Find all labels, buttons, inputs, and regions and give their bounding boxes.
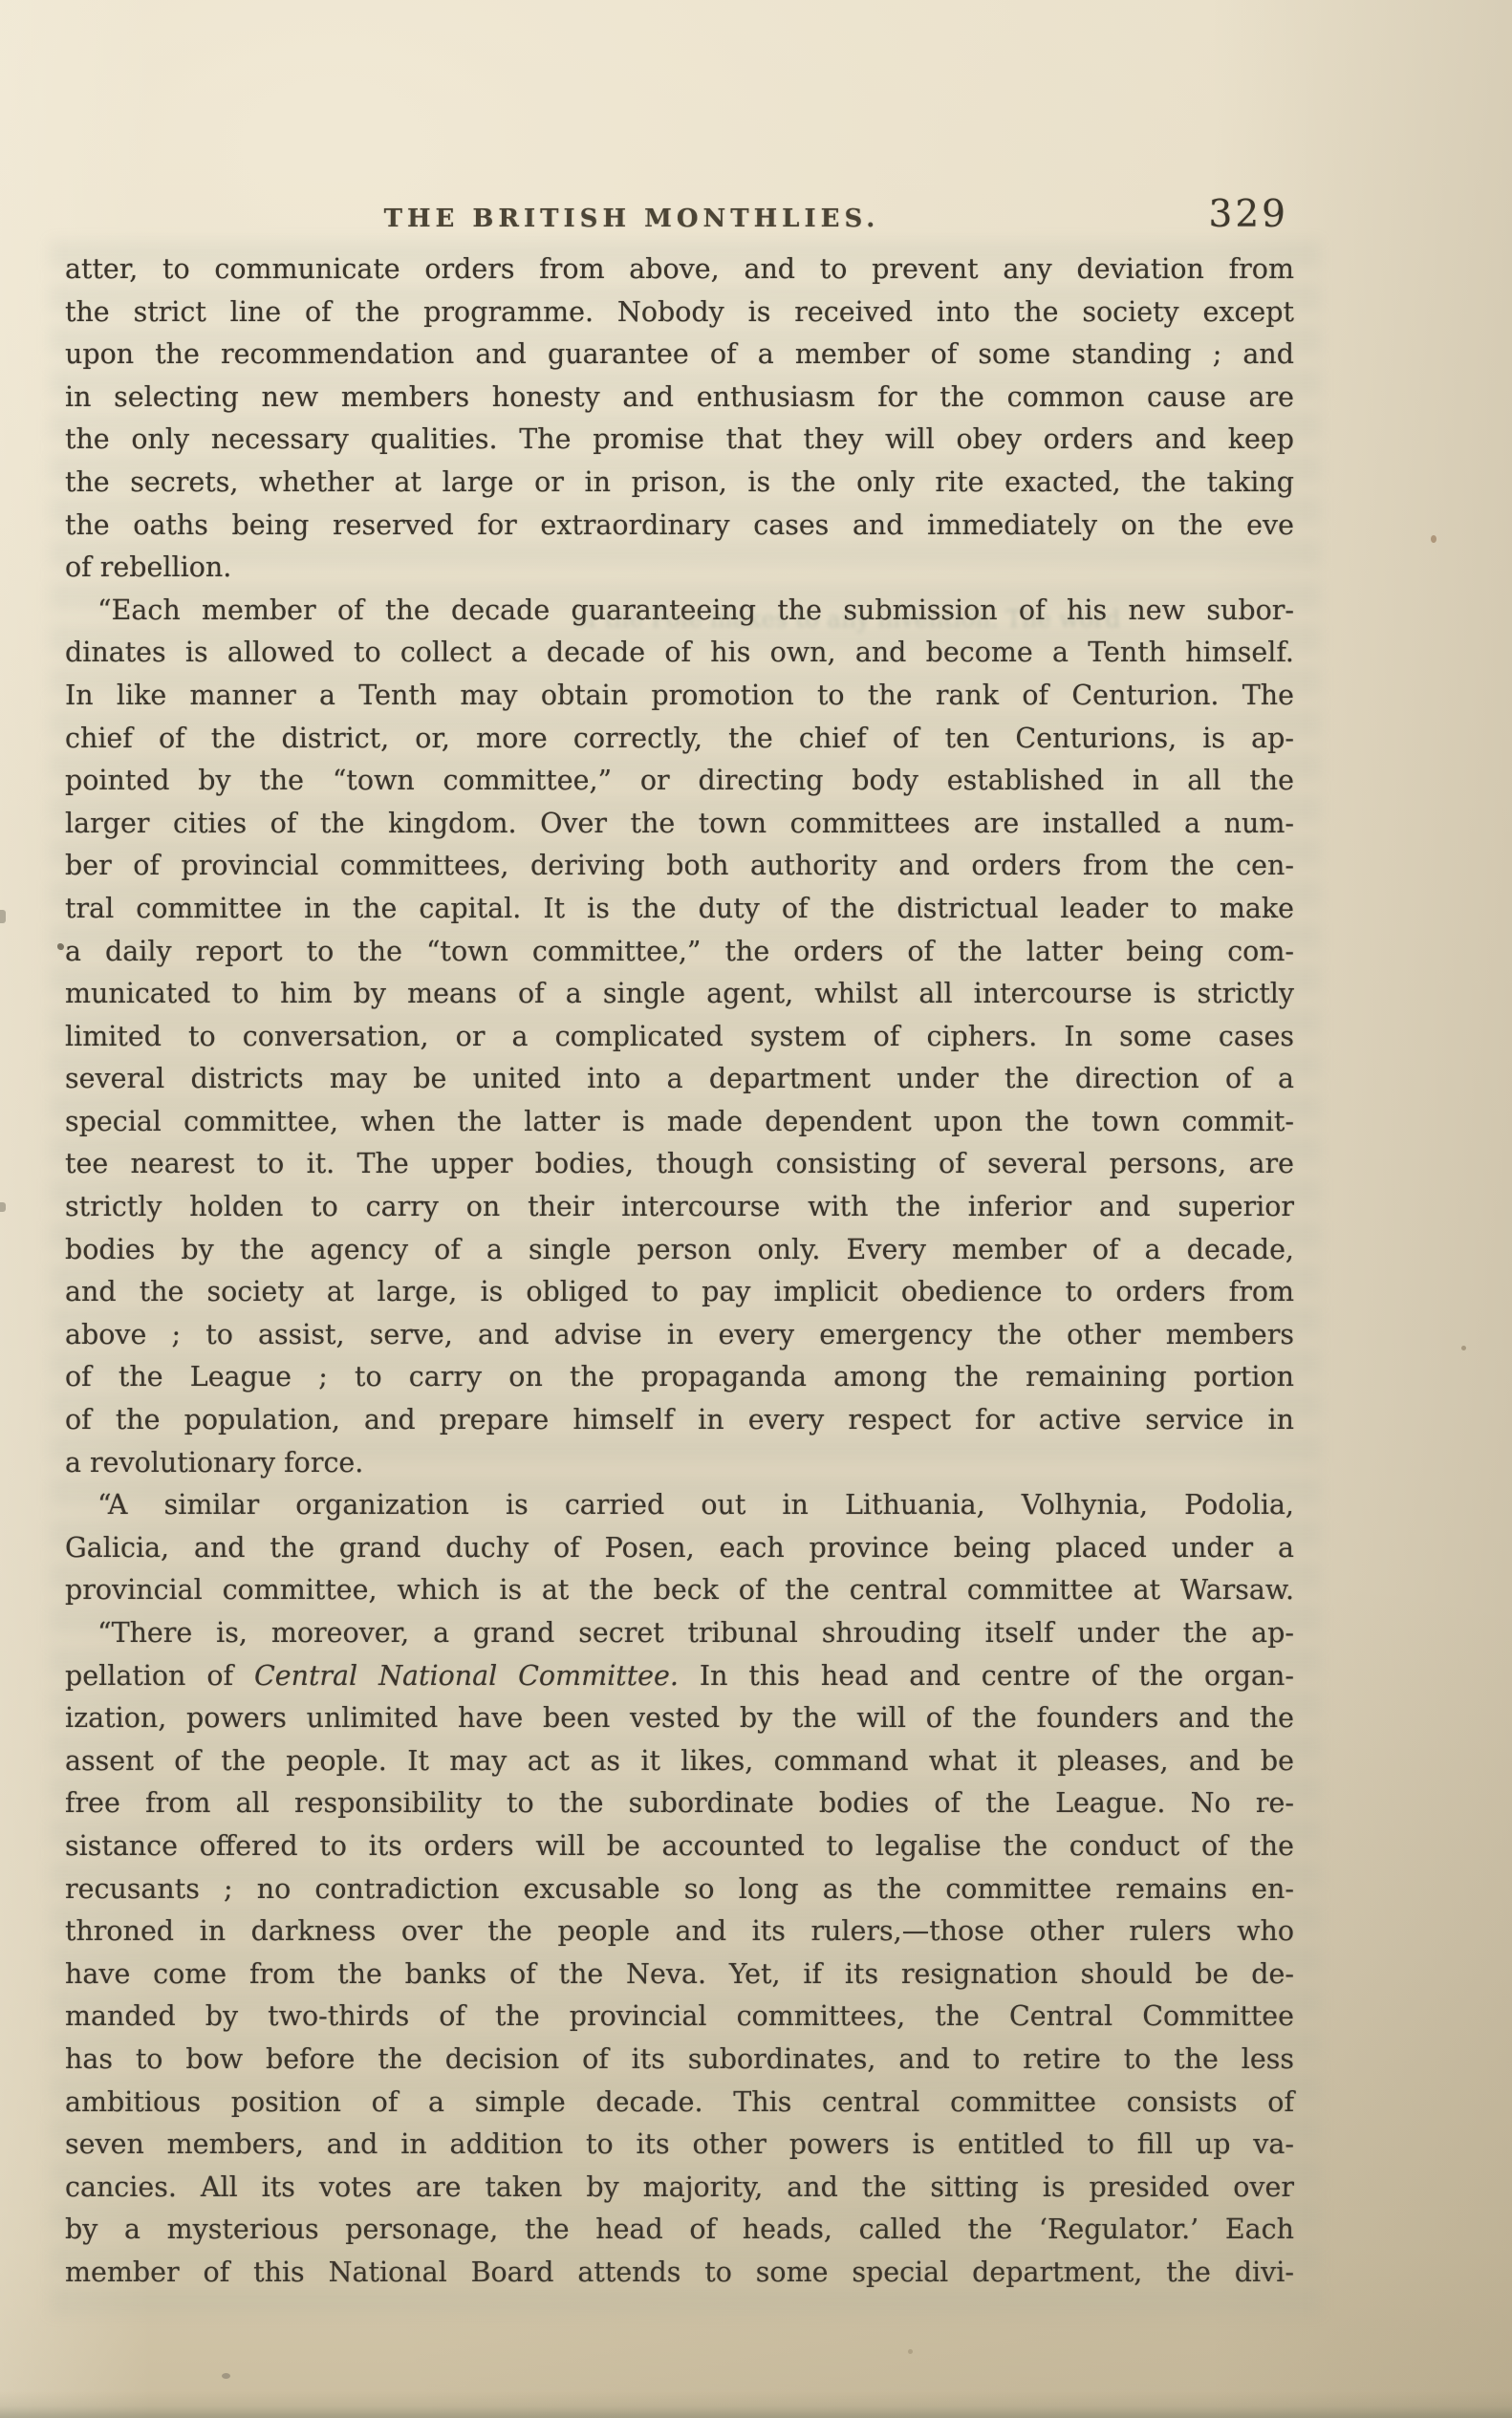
page-bottom-shadow (0, 2391, 1512, 2418)
text-line: “A similar organization is carried out i… (65, 1484, 1294, 1527)
text-line: free from all responsibility to the subo… (65, 1782, 1294, 1825)
text-line: a revolutionary force. (65, 1442, 1294, 1485)
text-line: assent of the people. It may act as it l… (65, 1740, 1294, 1783)
text-line: municated to him by means of a single ag… (65, 973, 1294, 1016)
text-line: a daily report to the “town committee,” … (65, 931, 1294, 974)
text-line: dinates is allowed to collect a decade o… (65, 632, 1294, 675)
text-line: has to bow before the decision of its su… (65, 2039, 1294, 2082)
text-line: the secrets, whether at large or in pris… (65, 462, 1294, 505)
paper-speck (908, 2349, 913, 2354)
text-line: tee nearest to it. The upper bodies, tho… (65, 1143, 1294, 1186)
text-line: the strict line of the programme. Nobody… (65, 291, 1294, 335)
text-line: pellation of Central National Committee.… (65, 1655, 1294, 1698)
scan-edge-mark (0, 910, 6, 923)
text-line: by a mysterious personage, the head of h… (65, 2209, 1294, 2252)
text-line: larger cities of the kingdom. Over the t… (65, 803, 1294, 846)
text-line: “Each member of the decade guaranteeing … (65, 590, 1294, 633)
text-line: pointed by the “town committee,” or dire… (65, 760, 1294, 803)
running-title: THE BRITISH MONTHLIES. (65, 205, 1199, 233)
text-line: of rebellion. (65, 547, 1294, 590)
text-line: tral committee in the capital. It is the… (65, 888, 1294, 931)
text-line: recusants ; no contradiction excusable s… (65, 1868, 1294, 1911)
text-line: several districts may be united into a d… (65, 1058, 1294, 1101)
page-number: 329 (1209, 193, 1288, 236)
text-line: ambitious position of a simple decade. T… (65, 2082, 1294, 2125)
text-line: of the population, and prepare himself i… (65, 1399, 1294, 1442)
text-line: have come from the banks of the Neva. Ye… (65, 1954, 1294, 1997)
scan-edge-mark (0, 1202, 6, 1212)
text-line: special committee, when the latter is ma… (65, 1101, 1294, 1144)
text-line: provincial committee, which is at the be… (65, 1569, 1294, 1612)
text-line: ber of provincial committees, deriving b… (65, 845, 1294, 888)
paper-speck (1431, 535, 1436, 543)
text-line: above ; to assist, serve, and advise in … (65, 1314, 1294, 1357)
text-line: member of this National Board attends to… (65, 2252, 1294, 2295)
text-line: the oaths being reserved for extraordina… (65, 505, 1294, 548)
text-line: cancies. All its votes are taken by majo… (65, 2167, 1294, 2210)
text-line: “There is, moreover, a grand secret trib… (65, 1612, 1294, 1655)
text-line: sistance offered to its orders will be a… (65, 1825, 1294, 1868)
text-line: ization, powers unlimited have been vest… (65, 1697, 1294, 1740)
text-line: seven members, and in addition to its ot… (65, 2124, 1294, 2167)
text-block: atter, to communicate orders from above,… (65, 248, 1294, 2295)
book-page-scan: { "document": { "running_title": "THE BR… (0, 0, 1512, 2418)
text-line: of the League ; to carry on the propagan… (65, 1356, 1294, 1399)
page-header: THE BRITISH MONTHLIES. 329 (65, 193, 1294, 247)
margin-ink-speck (57, 943, 64, 950)
paper-speck (1461, 1346, 1466, 1350)
text-line: In like manner a Tenth may obtain promot… (65, 675, 1294, 718)
text-line: Galicia, and the grand duchy of Posen, e… (65, 1527, 1294, 1570)
text-line: strictly holden to carry on their interc… (65, 1186, 1294, 1229)
text-line: upon the recommendation and guarantee of… (65, 334, 1294, 377)
text-line: chief of the district, or, more correctl… (65, 718, 1294, 761)
text-line: manded by two-thirds of the provincial c… (65, 1996, 1294, 2039)
text-line: limited to conversation, or a complicate… (65, 1016, 1294, 1059)
text-line: in selecting new members honesty and ent… (65, 377, 1294, 420)
text-line: the only necessary qualities. The promis… (65, 419, 1294, 462)
paper-speck (222, 2373, 230, 2379)
text-line: atter, to communicate orders from above,… (65, 248, 1294, 291)
text-line: throned in darkness over the people and … (65, 1911, 1294, 1954)
text-line: and the society at large, is obliged to … (65, 1271, 1294, 1314)
text-line: bodies by the agency of a single person … (65, 1229, 1294, 1272)
